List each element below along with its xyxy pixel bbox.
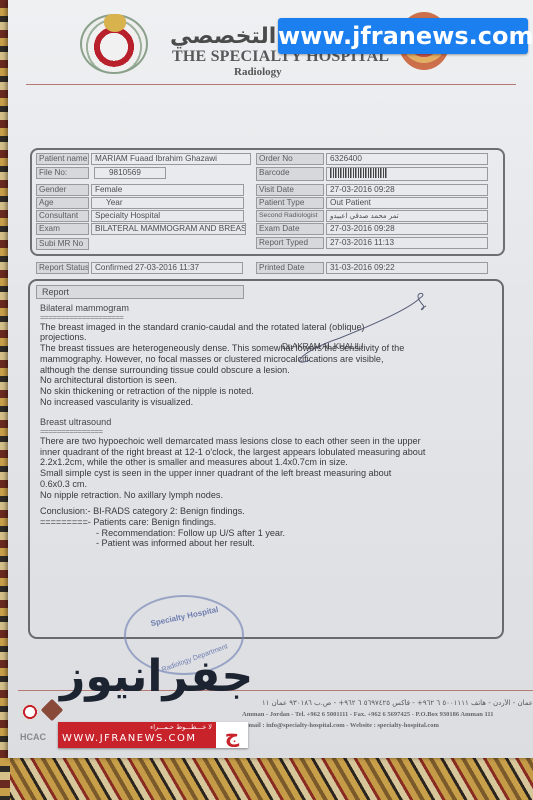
label: Exam [36,223,89,235]
report-line: No nipple retraction. No axillary lymph … [40,490,495,501]
report-box: Report Bilateral mammogram =============… [28,279,504,639]
jfranews-logo-icon: ج [216,722,248,748]
field-exam-date: Exam Date 27-03-2016 09:28 [256,223,488,235]
value: MARIAM Fuaad Ibrahim Ghazawi [91,153,251,165]
value [91,238,97,250]
jfranews-banner: لا خـــطـــوط حـمـــراء WWW.JFRANEWS.COM… [58,722,248,748]
footer-address-arabic: عمان - الأردن - هاتف ٥٠٠١١١١ ٦ ٩٦٢+ - فا… [250,699,533,707]
value: 27-03-2016 09:28 [326,223,488,235]
label: Visit Date [256,184,324,196]
jfranews-slogan: لا خـــطـــوط حـمـــراء [62,723,212,732]
label: File No: [36,167,89,179]
barcode-icon [330,168,388,178]
value: 6326400 [326,153,488,165]
label: Gender [36,184,89,196]
value: Confirmed 27-03-2016 11:37 [91,262,243,274]
ultrasound-underline: =============== [40,428,495,436]
label: Patient name [36,153,89,165]
value: Female [91,184,244,196]
label: Report Status [36,262,89,274]
footer-contact: E-mail : info@specialty-hospital.com - W… [242,722,439,729]
value: 9810569 [94,167,166,179]
report-line: There are two hypoechoic well demarcated… [40,436,495,447]
header-divider [26,84,516,85]
value: BILATERAL MAMMOGRAM AND BREAST [91,223,246,235]
value: 27-03-2016 09:28 [326,184,488,196]
label: Patient Type [256,197,324,209]
jfranews-brand-logo: جفرانيوز [60,652,253,702]
label: Second Radiologist [256,210,324,222]
value: Specialty Hospital [91,210,244,222]
watermark-url-badge: www.jfranews.com [278,18,528,54]
conclusion-line: Conclusion:- BI-RADS category 2: Benign … [40,506,495,517]
conclusion-line: - Recommendation: Follow up U/S after 1 … [40,528,495,539]
label: Exam Date [256,223,324,235]
report-line: inner quadrant of the right breast at 12… [40,447,495,458]
signature-scribble-icon [280,290,430,370]
report-line: 0.6x0.3 cm. [40,479,495,490]
conclusion-line: - Patient was informed about her result. [40,538,495,549]
field-second-radiologist: Second Radiologist تمر محمد صدقي اعبيدو [256,210,488,222]
field-barcode: Barcode [256,167,488,181]
jfranews-banner-text: لا خـــطـــوط حـمـــراء WWW.JFRANEWS.COM [58,722,216,748]
report-line: No increased vascularity is visualized. [40,397,495,408]
report-title: Report [36,285,244,299]
field-consultant: Consultant Specialty Hospital [36,210,244,222]
label: Age [36,197,89,209]
ultrasound-findings: There are two hypoechoic well demarcated… [40,436,495,500]
report-line: Small simple cyst is seen in the upper i… [40,468,495,479]
crown-icon [104,14,126,32]
label: Report Typed [256,237,324,249]
value: Year [91,197,244,209]
field-subi-mr-no: Subi MR No [36,238,97,250]
field-patient-type: Patient Type Out Patient [256,197,488,209]
label: Order No [256,153,324,165]
value: 27-03-2016 11:13 [326,237,488,249]
hcac-badge: HCAC [20,732,46,742]
value: 31-03-2016 09:22 [326,262,488,274]
conclusion: Conclusion:- BI-RADS category 2: Benign … [40,506,495,549]
field-order-no: Order No 6326400 [256,153,488,165]
field-report-status: Report Status Confirmed 27-03-2016 11:37 [36,262,243,274]
barcode-value [326,167,488,181]
field-gender: Gender Female [36,184,244,196]
value: Out Patient [326,197,488,209]
field-patient-name: Patient name MARIAM Fuaad Ibrahim Ghazaw… [36,153,251,165]
field-printed-date: Printed Date 31-03-2016 09:22 [256,262,488,274]
jfranews-url: WWW.JFRANEWS.COM [62,732,212,745]
conclusion-line: =========- Patients care: Benign finding… [40,517,495,528]
label: Consultant [36,210,89,222]
report-line: 2.2x1.2cm, while the other is smaller an… [40,457,495,468]
field-file-no: File No: 9810569 [36,167,166,179]
field-age: Age Year [36,197,244,209]
department-title: Radiology [234,66,282,78]
value: تمر محمد صدقي اعبيدو [326,210,488,222]
label: Subi MR No [36,238,89,250]
report-line: No architectural distortion is seen. [40,375,495,386]
field-visit-date: Visit Date 27-03-2016 09:28 [256,184,488,196]
label: Printed Date [256,262,324,274]
radiologist-signature: Dr.AKRAM AL KHALILI [282,341,363,351]
field-report-typed: Report Typed 27-03-2016 11:13 [256,237,488,249]
footer-address-english: Amman - Jordan - Tel. +962 6 5001111 - F… [242,711,493,718]
certification-icon [20,702,40,722]
field-exam: Exam BILATERAL MAMMOGRAM AND BREAST [36,223,246,235]
ultrasound-heading: Breast ultrasound [40,417,495,428]
hospital-logo [80,14,148,74]
label: Barcode [256,167,324,181]
report-line: No skin thickening or retraction of the … [40,386,495,397]
